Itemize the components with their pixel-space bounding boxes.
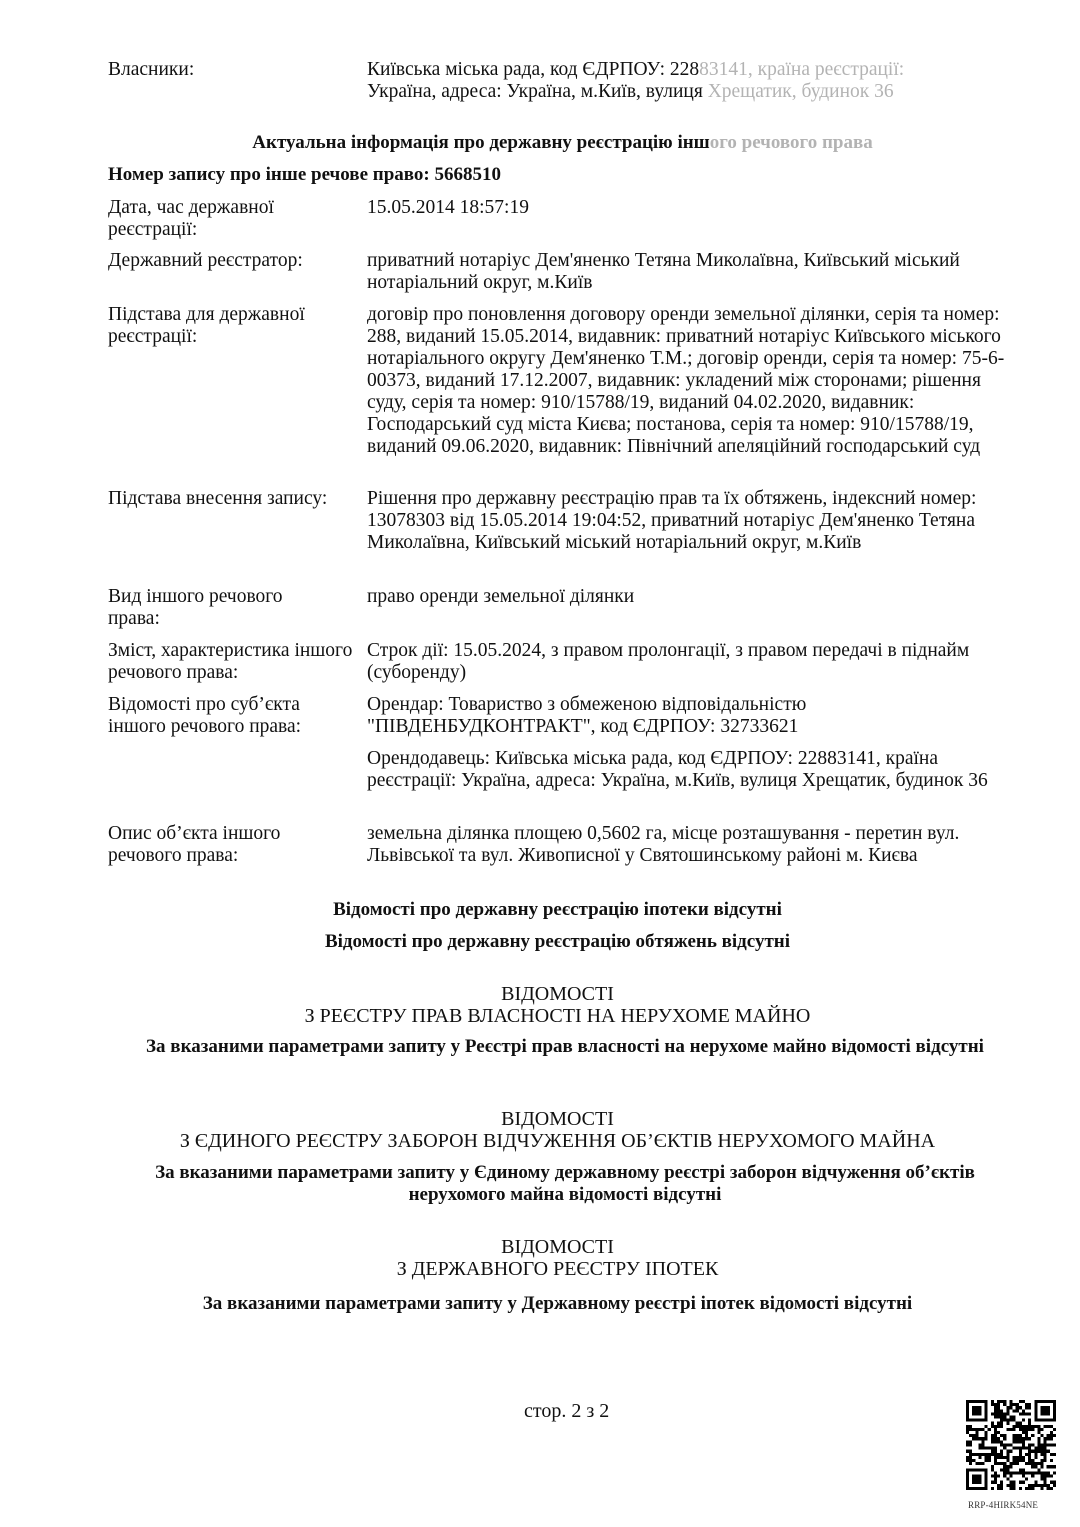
section-title-line2: З РЕЄСТРУ ПРАВ ВЛАСНОСТІ НА НЕРУХОМЕ МАЙ…	[100, 1005, 1015, 1027]
document-page: Власники: Київська міська рада, код ЄДРП…	[0, 0, 1080, 1527]
section-title-line2: З ДЕРЖАВНОГО РЕЄСТРУ ІПОТЕК	[100, 1258, 1015, 1280]
field-label: Дата, час державної реєстрації:	[108, 197, 358, 241]
section-title-line1: ВІДОМОСТІ	[100, 983, 1015, 1005]
section-title-line1: ВІДОМОСТІ	[100, 1108, 1015, 1130]
record-number: Номер запису про інше речове право: 5668…	[108, 164, 501, 186]
field-value-tenant: Орендар: Товариство з обмеженою відповід…	[367, 694, 1017, 738]
section-title-mortgages: ВІДОМОСТІ З ДЕРЖАВНОГО РЕЄСТРУ ІПОТЕК	[100, 1236, 1015, 1280]
section-result-mortgages: За вказаними параметрами запиту у Держав…	[100, 1293, 1015, 1315]
section-result-alienation-bans: За вказаними параметрами запиту у Єдином…	[130, 1162, 1000, 1206]
owners-line1-faded: 83141, країна реєстрації:	[699, 59, 904, 80]
field-value-landlord: Орендодавець: Київська міська рада, код …	[367, 748, 1017, 792]
owners-line2-faded: Хрещатик, будинок 36	[708, 81, 894, 102]
page-indicator: стор. 2 з 2	[524, 1400, 609, 1423]
owners-line2: Україна, адреса: Україна, м.Київ, вулиця	[367, 81, 708, 102]
section-title-line1: ВІДОМОСТІ	[100, 1236, 1015, 1258]
field-value: земельна ділянка площею 0,5602 га, місце…	[367, 823, 1017, 867]
field-value: договір про поновлення договору оренди з…	[367, 304, 1017, 458]
section-result-property-rights: За вказаними параметрами запиту у Реєстр…	[115, 1036, 1015, 1058]
field-label: Державний реєстратор:	[108, 250, 358, 272]
field-label: Відомості про суб’єкта іншого речового п…	[108, 694, 358, 738]
section-title-line2: З ЄДИНОГО РЕЄСТРУ ЗАБОРОН ВІДЧУЖЕННЯ ОБ’…	[100, 1130, 1015, 1152]
owners-label: Власники:	[108, 59, 358, 81]
field-label: Зміст, характеристика іншого речового пр…	[108, 640, 358, 684]
actual-info-title-faded: ого речового права	[710, 132, 873, 153]
field-value: 15.05.2014 18:57:19	[367, 197, 1017, 219]
field-label: Підстава для державної реєстрації:	[108, 304, 358, 348]
field-label: Підстава внесення запису:	[108, 488, 358, 510]
owners-line1: Київська міська рада, код ЄДРПОУ: 228	[367, 59, 699, 80]
field-value: право оренди земельної ділянки	[367, 586, 1017, 608]
field-label: Вид іншого речового права:	[108, 586, 318, 630]
field-value: Рішення про державну реєстрацію прав та …	[367, 488, 1017, 554]
section-title-alienation-bans: ВІДОМОСТІ З ЄДИНОГО РЕЄСТРУ ЗАБОРОН ВІДЧ…	[100, 1108, 1015, 1152]
field-label: Опис об’єкта іншого речового права:	[108, 823, 358, 867]
field-value: Строк дії: 15.05.2024, з правом пролонга…	[367, 640, 1017, 684]
qr-code-icon	[966, 1400, 1056, 1490]
owners-value: Київська міська рада, код ЄДРПОУ: 228831…	[367, 59, 1017, 103]
actual-info-title: Актуальна інформація про державну реєстр…	[110, 132, 1015, 154]
section-title-property-rights: ВІДОМОСТІ З РЕЄСТРУ ПРАВ ВЛАСНОСТІ НА НЕ…	[100, 983, 1015, 1027]
owners-row: Власники: Київська міська рада, код ЄДРП…	[108, 59, 1013, 105]
mortgage-absent-notice: Відомості про державну реєстрацію іпотек…	[100, 899, 1015, 921]
field-value: приватний нотаріус Дем'яненко Тетяна Мик…	[367, 250, 1017, 294]
qr-code-id: RRP-4HIRK54NE	[968, 1500, 1038, 1510]
encumbrance-absent-notice: Відомості про державну реєстрацію обтяже…	[100, 931, 1015, 953]
actual-info-title-dark: Актуальна інформація про державну реєстр…	[252, 132, 709, 153]
